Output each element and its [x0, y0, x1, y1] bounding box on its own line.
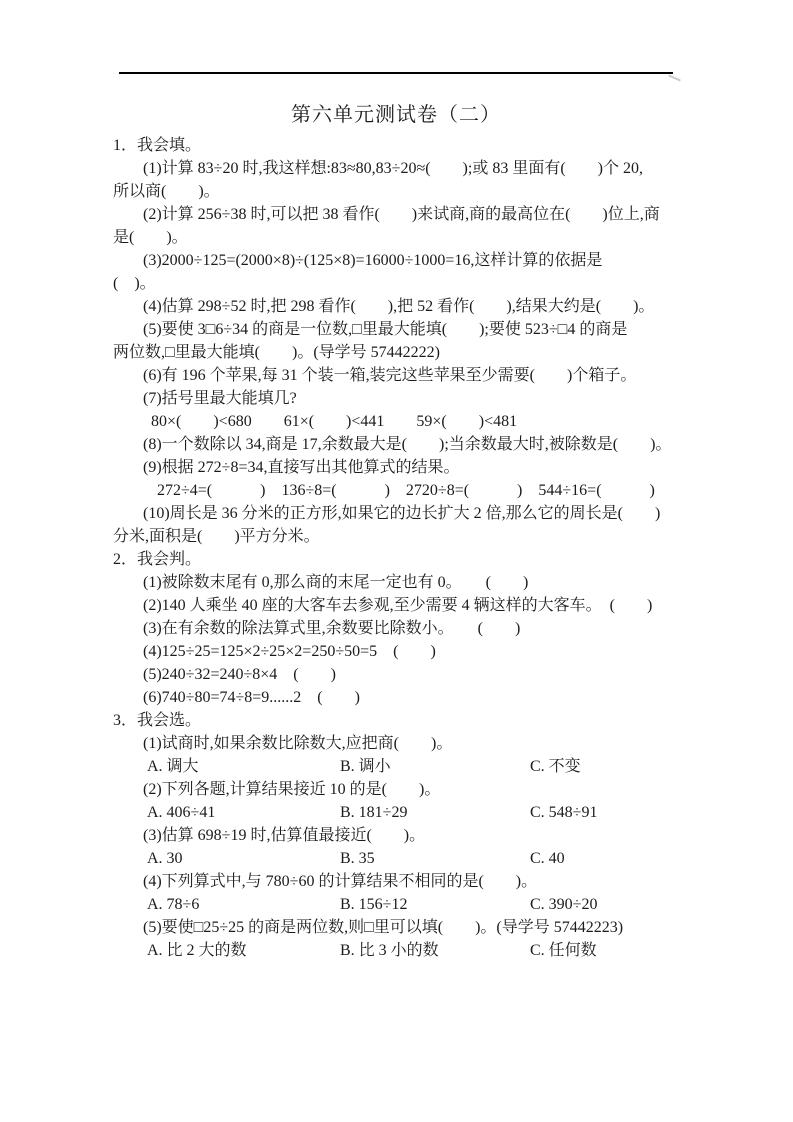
- choice-options-row: A. 30 B. 35 C. 40: [113, 847, 679, 870]
- option-c: C. 548÷91: [530, 801, 679, 824]
- option-c: C. 40: [530, 847, 679, 870]
- option-c: C. 390÷20: [530, 893, 679, 916]
- fill-line: (1)计算 83÷20 时,我这样想:83≈80,83÷20≈( );或 83 …: [113, 157, 679, 180]
- option-c: C. 任何数: [530, 939, 679, 962]
- option-a: A. 78÷6: [147, 893, 340, 916]
- choice-options-row: A. 调大 B. 调小 C. 不变: [113, 755, 679, 778]
- option-b: B. 181÷29: [340, 801, 530, 824]
- judge-line: (1)被除数末尾有 0,那么商的末尾一定也有 0。 ( ): [113, 571, 679, 594]
- choice-options-row: A. 78÷6 B. 156÷12 C. 390÷20: [113, 893, 679, 916]
- judge-line: (2)140 人乘坐 40 座的大客车去参观,至少需要 4 辆这样的大客车。 (…: [113, 594, 679, 617]
- choice-options-row: A. 406÷41 B. 181÷29 C. 548÷91: [113, 801, 679, 824]
- fill-line: (5)要使 3□6÷34 的商是一位数,□里最大能填( );要使 523÷□4 …: [113, 318, 679, 341]
- option-a: A. 30: [147, 847, 340, 870]
- judge-line: (6)740÷80=74÷8=9......2 ( ): [113, 686, 679, 709]
- page-title: 第六单元测试卷（二）: [113, 101, 679, 129]
- option-a: A. 406÷41: [147, 801, 340, 824]
- section-1-heading: 1．我会填。: [113, 134, 679, 157]
- judge-line: (3)在有余数的除法算式里,余数要比除数小。 ( ): [113, 617, 679, 640]
- option-a: A. 比 2 大的数: [147, 939, 340, 962]
- section-3-heading: 3．我会选。: [113, 709, 679, 732]
- judge-line: (4)125÷25=125×2÷25×2=250÷50=5 ( ): [113, 640, 679, 663]
- option-b: B. 156÷12: [340, 893, 530, 916]
- fill-line: 是( )。: [113, 226, 679, 249]
- fill-line: (3)2000÷125=(2000×8)÷(125×8)=16000÷1000=…: [113, 249, 679, 272]
- fill-line: (9)根据 272÷8=34,直接写出其他算式的结果。: [113, 456, 679, 479]
- choice-stem: (5)要使□25÷25 的商是两位数,则□里可以填( )。(导学号 574422…: [113, 916, 679, 939]
- section-judge: 2．我会判。 (1)被除数末尾有 0,那么商的末尾一定也有 0。 ( ) (2)…: [113, 548, 679, 709]
- section-fill-blanks: 1．我会填。 (1)计算 83÷20 时,我这样想:83≈80,83÷20≈( …: [113, 134, 679, 548]
- fill-line: (4)估算 298÷52 时,把 298 看作( ),把 52 看作( ),结果…: [113, 295, 679, 318]
- fill-line: (10)周长是 36 分米的正方形,如果它的边长扩大 2 倍,那么它的周长是( …: [113, 502, 679, 525]
- option-a: A. 调大: [147, 755, 340, 778]
- option-b: B. 35: [340, 847, 530, 870]
- choice-options-row: A. 比 2 大的数 B. 比 3 小的数 C. 任何数: [113, 939, 679, 962]
- fill-line: (6)有 196 个苹果,每 31 个装一箱,装完这些苹果至少需要( )个箱子。: [113, 364, 679, 387]
- choice-stem: (4)下列算式中,与 780÷60 的计算结果不相同的是( )。: [113, 870, 679, 893]
- fill-line: 两位数,□里最大能填( )。(导学号 57442222): [113, 341, 679, 364]
- header-rule: [119, 72, 673, 74]
- choice-stem: (2)下列各题,计算结果接近 10 的是( )。: [113, 778, 679, 801]
- choice-stem: (1)试商时,如果余数比除数大,应把商( )。: [113, 732, 679, 755]
- choice-stem: (3)估算 698÷19 时,估算值最接近( )。: [113, 824, 679, 847]
- fill-line: 分米,面积是( )平方分米。: [113, 525, 679, 548]
- section-choice: 3．我会选。 (1)试商时,如果余数比除数大,应把商( )。 A. 调大 B. …: [113, 709, 679, 962]
- option-b: B. 调小: [340, 755, 530, 778]
- fill-line: (7)括号里最大能填几?: [113, 387, 679, 410]
- scan-artifact-mark: [668, 74, 681, 81]
- test-paper-page: 第六单元测试卷（二） 1．我会填。 (1)计算 83÷20 时,我这样想:83≈…: [113, 101, 679, 962]
- fill-line: (8)一个数除以 34,商是 17,余数最大是( );当余数最大时,被除数是( …: [113, 433, 679, 456]
- option-b: B. 比 3 小的数: [340, 939, 530, 962]
- judge-line: (5)240÷32=240÷8×4 ( ): [113, 663, 679, 686]
- fill-line: ( )。: [113, 272, 679, 295]
- fill-expression-row: 80×( )<680 61×( )<441 59×( )<481: [113, 410, 679, 433]
- option-c: C. 不变: [530, 755, 679, 778]
- fill-line: (2)计算 256÷38 时,可以把 38 看作( )来试商,商的最高位在( )…: [113, 203, 679, 226]
- section-2-heading: 2．我会判。: [113, 548, 679, 571]
- fill-line: 所以商( )。: [113, 180, 679, 203]
- fill-expression-row: 272÷4=( ) 136÷8=( ) 2720÷8=( ) 544÷16=( …: [113, 479, 679, 502]
